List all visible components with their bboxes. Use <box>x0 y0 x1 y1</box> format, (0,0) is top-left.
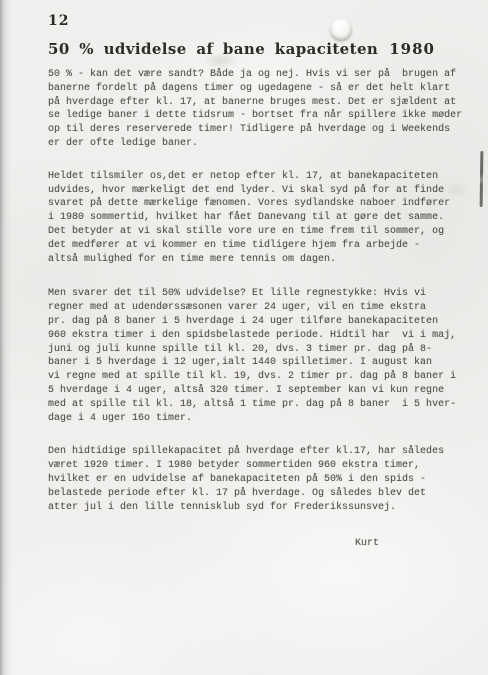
article-title-year: 1980 <box>389 40 435 58</box>
page-number: 12 <box>48 13 464 29</box>
signature: Kurt <box>48 537 464 551</box>
article-title: 50 % udvidelse af bane kapaciteten1980 <box>48 40 464 58</box>
paragraph-intro: 50 % - kan det være sandt? Både ja og ne… <box>48 68 464 151</box>
paragraph-calculation: Men svarer det til 50% udvidelse? Et lil… <box>48 287 464 425</box>
page-content: 12 50 % udvidelse af bane kapaciteten198… <box>48 0 464 551</box>
scan-edge-shadow <box>0 0 12 675</box>
scanned-document-page: 12 50 % udvidelse af bane kapaciteten198… <box>0 0 488 675</box>
margin-pen-mark <box>480 151 483 207</box>
article-title-text: 50 % udvidelse af bane kapaciteten <box>48 40 378 58</box>
paragraph-conclusion: Den hidtidige spillekapacitet på hverdag… <box>48 445 464 514</box>
paragraph-summer-time: Heldet tilsmiler os,det er netop efter k… <box>48 170 464 267</box>
